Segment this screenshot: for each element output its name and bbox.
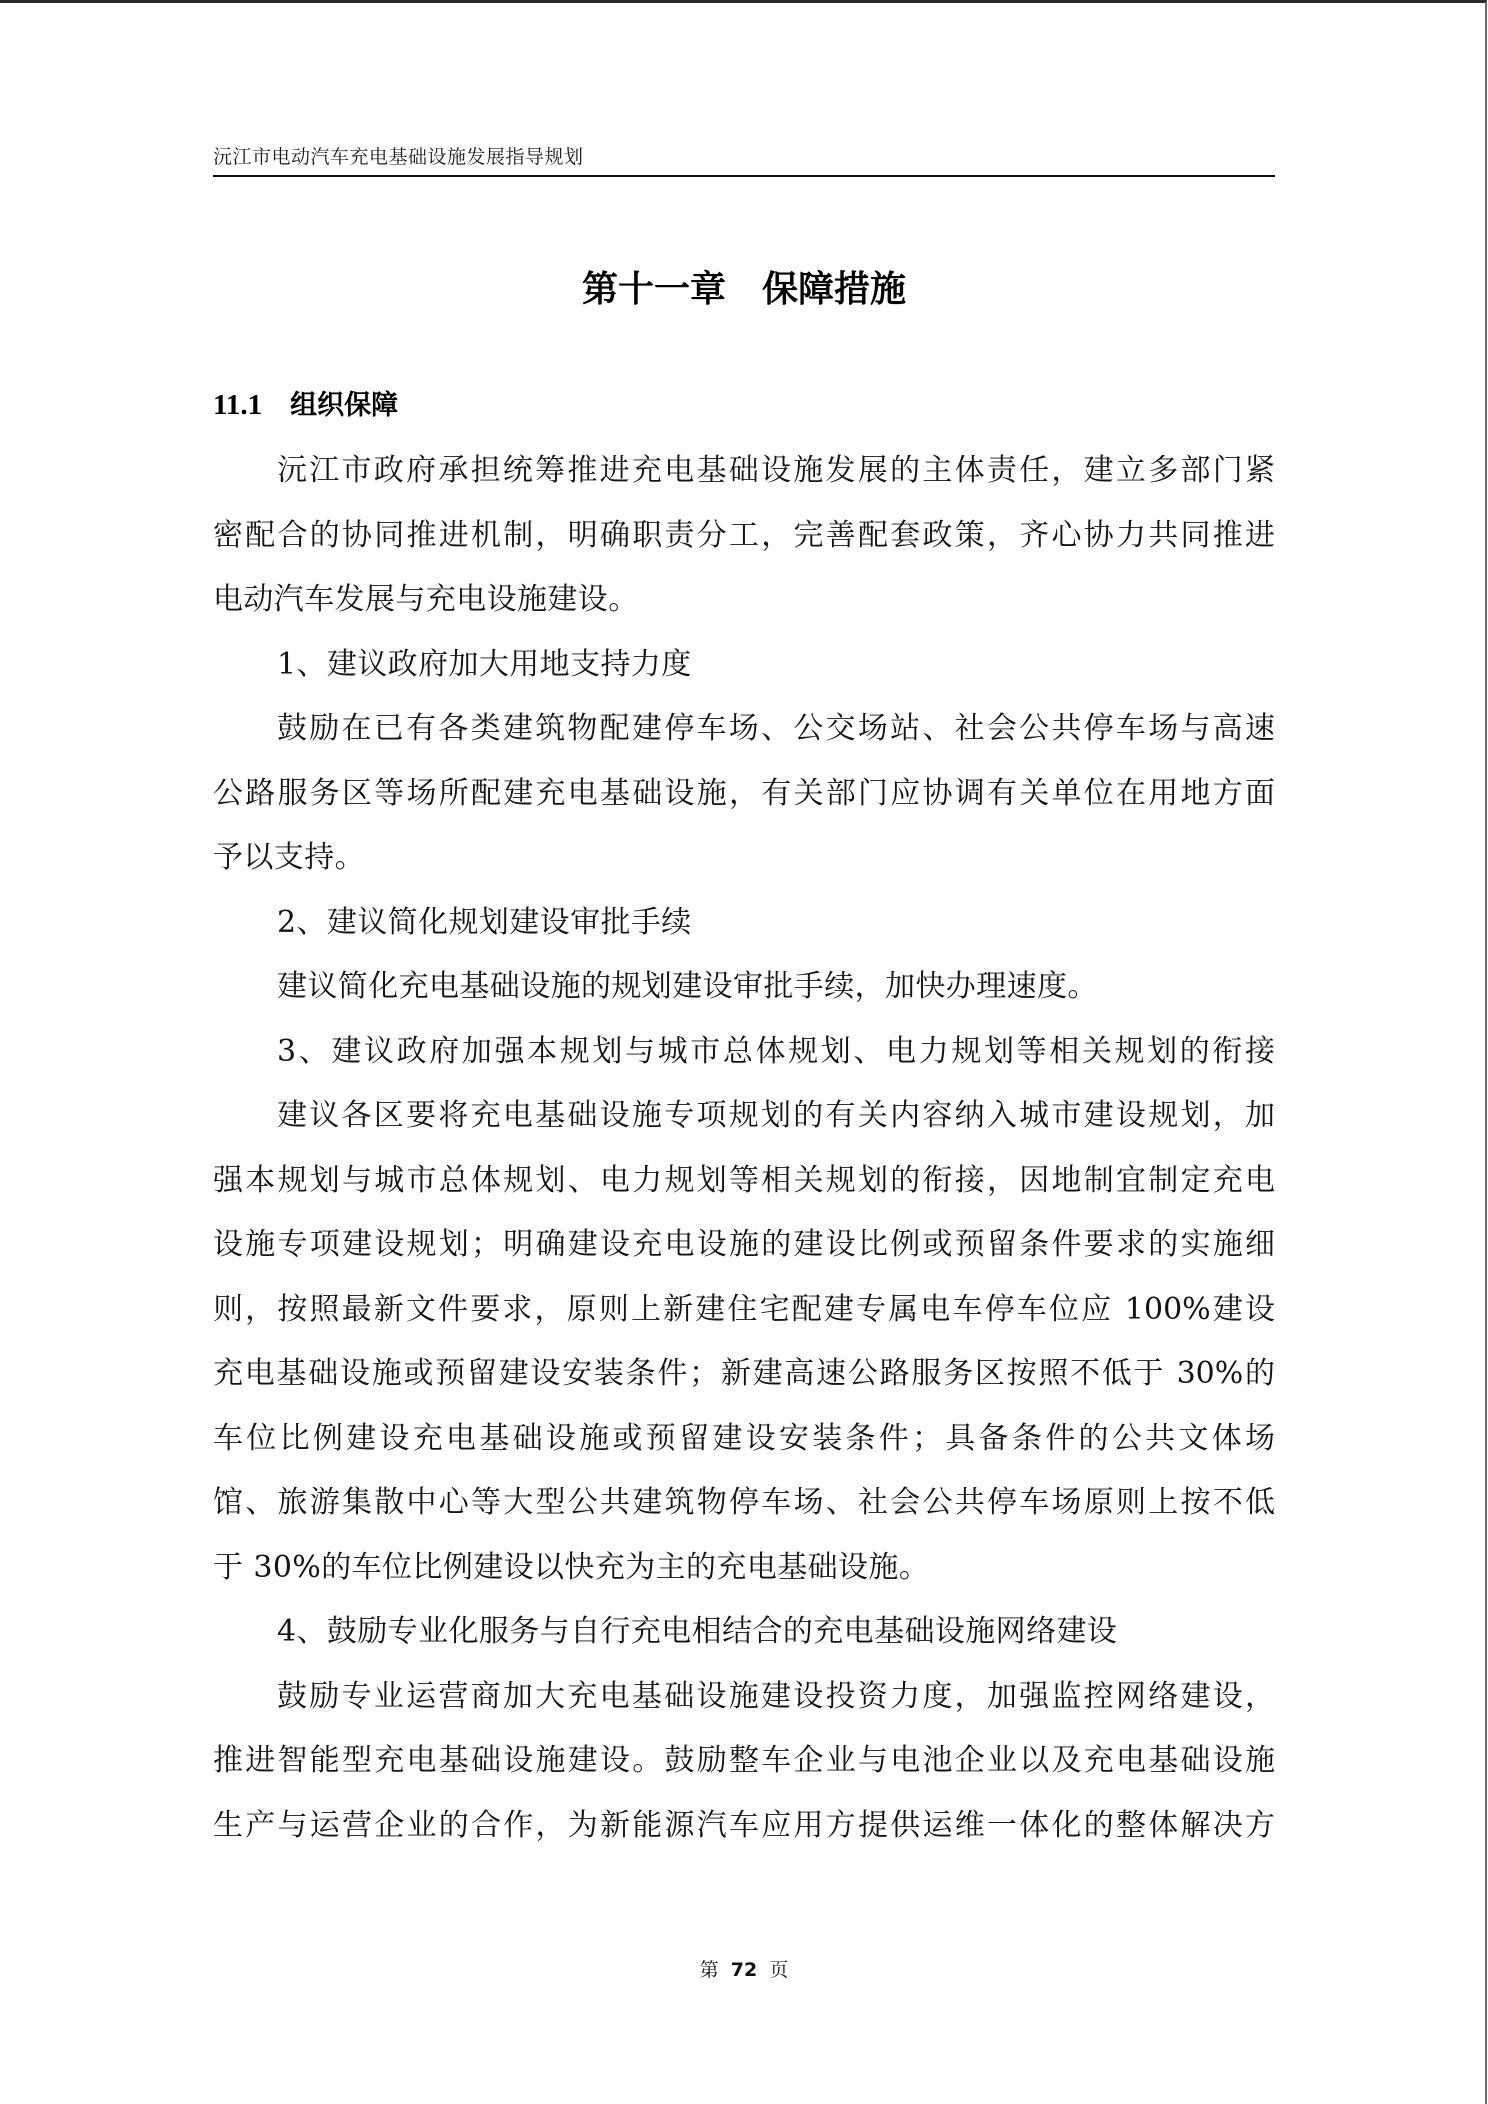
page-number: 72 [731, 1959, 757, 1981]
body-line: 建议简化充电基础设施的规划建设审批手续，加快办理速度。 [213, 955, 1275, 1020]
body-line: 推进智能型充电基础设施建设。鼓励整车企业与电池企业以及充电基础设施 [213, 1729, 1275, 1794]
line-text: 车位比例建设充电基础设施或预留建设安装条件；具备条件的公共文体场 [213, 1421, 1275, 1456]
numbered-item-heading: 2、建议简化规划建设审批手续 [213, 891, 1275, 956]
line-text: 沅江市政府承担统筹推进充电基础设施发展的主体责任，建立多部门紧 [277, 453, 1275, 488]
page-label-suffix: 页 [769, 1959, 788, 1981]
body-line: 予以支持。 [213, 826, 1275, 891]
line-text: 则，按照最新文件要求，原则上新建住宅配建专属电车停车位应 100%建设 [213, 1292, 1275, 1327]
body-line: 馆、旅游集散中心等大型公共建筑物停车场、社会公共停车场原则上按不低 [213, 1471, 1275, 1536]
body-text: 沅江市政府承担统筹推进充电基础设施发展的主体责任，建立多部门紧密配合的协同推进机… [213, 439, 1275, 1858]
body-line: 3、建议政府加强本规划与城市总体规划、电力规划等相关规划的衔接 [213, 1020, 1275, 1085]
page-footer: 第 72 页 [0, 1957, 1488, 1983]
line-text: 建议各区要将充电基础设施专项规划的有关内容纳入城市建设规划，加 [277, 1098, 1275, 1133]
header-rule [213, 175, 1275, 177]
line-text: 推进智能型充电基础设施建设。鼓励整车企业与电池企业以及充电基础设施 [213, 1743, 1275, 1778]
body-line: 鼓励在已有各类建筑物配建停车场、公交场站、社会公共停车场与高速 [213, 697, 1275, 762]
document-page: 沅江市电动汽车充电基础设施发展指导规划 第十一章 保障措施 11.1组织保障 沅… [0, 0, 1487, 2104]
body-line: 电动汽车发展与充电设施建设。 [213, 568, 1275, 633]
line-text: 强本规划与城市总体规划、电力规划等相关规划的衔接，因地制宜制定充电 [213, 1163, 1275, 1198]
line-text: 3、建议政府加强本规划与城市总体规划、电力规划等相关规划的衔接 [277, 1034, 1275, 1069]
body-line: 公路服务区等场所配建充电基础设施，有关部门应协调有关单位在用地方面 [213, 762, 1275, 827]
line-text: 密配合的协同推进机制，明确职责分工，完善配套政策，齐心协力共同推进 [213, 518, 1275, 553]
numbered-item-heading: 4、鼓励专业化服务与自行充电相结合的充电基础设施网络建设 [213, 1600, 1275, 1665]
line-text: 鼓励专业运营商加大充电基础设施建设投资力度，加强监控网络建设， [277, 1679, 1275, 1714]
section-number: 11.1 [213, 389, 262, 421]
line-text: 公路服务区等场所配建充电基础设施，有关部门应协调有关单位在用地方面 [213, 776, 1275, 811]
body-line: 强本规划与城市总体规划、电力规划等相关规划的衔接，因地制宜制定充电 [213, 1149, 1275, 1214]
body-line: 于 30%的车位比例建设以快充为主的充电基础设施。 [213, 1536, 1275, 1601]
body-line: 鼓励专业运营商加大充电基础设施建设投资力度，加强监控网络建设， [213, 1665, 1275, 1730]
body-line: 则，按照最新文件要求，原则上新建住宅配建专属电车停车位应 100%建设 [213, 1278, 1275, 1343]
body-line: 生产与运营企业的合作，为新能源汽车应用方提供运维一体化的整体解决方 [213, 1794, 1275, 1859]
body-line: 充电基础设施或预留建设安装条件；新建高速公路服务区按照不低于 30%的 [213, 1342, 1275, 1407]
body-line: 密配合的协同推进机制，明确职责分工，完善配套政策，齐心协力共同推进 [213, 504, 1275, 569]
page-label-prefix: 第 [700, 1959, 719, 1981]
body-line: 设施专项建设规划；明确建设充电设施的建设比例或预留条件要求的实施细 [213, 1213, 1275, 1278]
line-text: 充电基础设施或预留建设安装条件；新建高速公路服务区按照不低于 30%的 [213, 1356, 1275, 1391]
body-line: 车位比例建设充电基础设施或预留建设安装条件；具备条件的公共文体场 [213, 1407, 1275, 1472]
running-header: 沅江市电动汽车充电基础设施发展指导规划 [213, 144, 1275, 170]
line-text: 鼓励在已有各类建筑物配建停车场、公交场站、社会公共停车场与高速 [277, 711, 1275, 746]
section-heading: 11.1组织保障 [213, 383, 398, 428]
body-line: 沅江市政府承担统筹推进充电基础设施发展的主体责任，建立多部门紧 [213, 439, 1275, 504]
line-text: 设施专项建设规划；明确建设充电设施的建设比例或预留条件要求的实施细 [213, 1227, 1275, 1262]
section-title: 组织保障 [290, 390, 398, 421]
line-text: 馆、旅游集散中心等大型公共建筑物停车场、社会公共停车场原则上按不低 [213, 1485, 1275, 1520]
chapter-title: 第十一章 保障措施 [0, 265, 1488, 315]
body-line: 建议各区要将充电基础设施专项规划的有关内容纳入城市建设规划，加 [213, 1084, 1275, 1149]
line-text: 生产与运营企业的合作，为新能源汽车应用方提供运维一体化的整体解决方 [213, 1808, 1275, 1843]
numbered-item-heading: 1、建议政府加大用地支持力度 [213, 633, 1275, 698]
